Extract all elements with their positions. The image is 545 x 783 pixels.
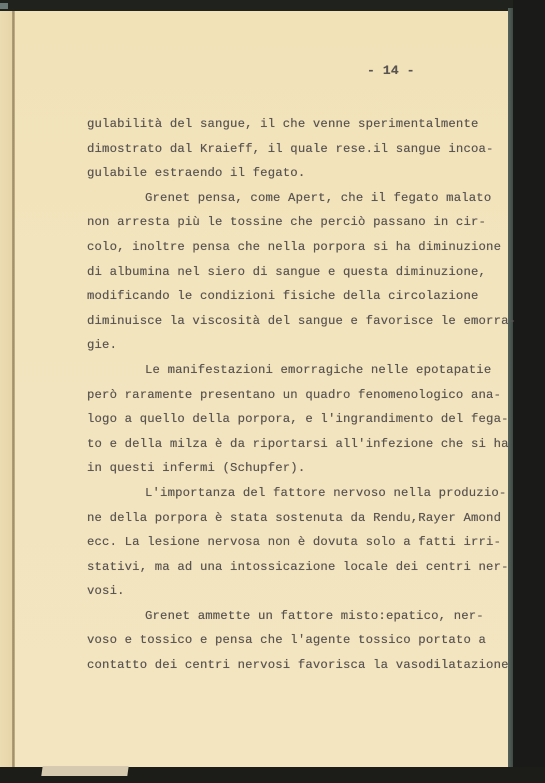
text-line: modificando le condizioni fisiche della … [87,284,516,309]
text-line: di albumina nel siero di sangue e questa… [87,260,516,285]
text-line: logo a quello della porpora, e l'ingrand… [87,407,516,432]
torn-paper-fragment [41,766,128,776]
text-line: ne della porpora è stata sostenuta da Re… [87,506,516,531]
text-line: gie. [87,333,516,358]
text-line: voso e tossico e pensa che l'agente toss… [87,628,516,653]
text-line: stativi, ma ad una intossicazione locale… [87,555,516,580]
bookmark-tab [0,3,8,9]
text-line: Grenet pensa, come Apert, che il fegato … [87,186,516,211]
body-text: gulabilità del sangue, il che venne sper… [87,112,516,678]
text-line: non arresta più le tossine che perciò pa… [87,210,516,235]
text-line: contatto dei centri nervosi favorisca la… [87,653,516,678]
text-line: gulabile estraendo il fegato. [87,161,516,186]
text-line: gulabilità del sangue, il che venne sper… [87,112,516,137]
page-number: - 14 - [367,63,415,78]
text-line: dimostrato dal Kraieff, il quale rese.il… [87,137,516,162]
scanner-right-border [513,0,545,783]
text-line: ecc. La lesione nervosa non è dovuta sol… [87,530,516,555]
text-line: diminuisce la viscosità del sangue e fav… [87,309,516,334]
scanner-top-border [0,0,545,11]
text-line: vosi. [87,579,516,604]
scanned-document: - 14 - gulabilità del sangue, il che ven… [0,0,545,783]
text-line: Le manifestazioni emorragiche nelle epot… [87,358,516,383]
text-line: Grenet ammette un fattore misto:epatico,… [87,604,516,629]
text-line: in questi infermi (Schupfer). [87,456,516,481]
text-line: però raramente presentano un quadro feno… [87,383,516,408]
text-line: colo, inoltre pensa che nella porpora si… [87,235,516,260]
text-line: to e della milza è da riportarsi all'inf… [87,432,516,457]
text-line: L'importanza del fattore nervoso nella p… [87,481,516,506]
